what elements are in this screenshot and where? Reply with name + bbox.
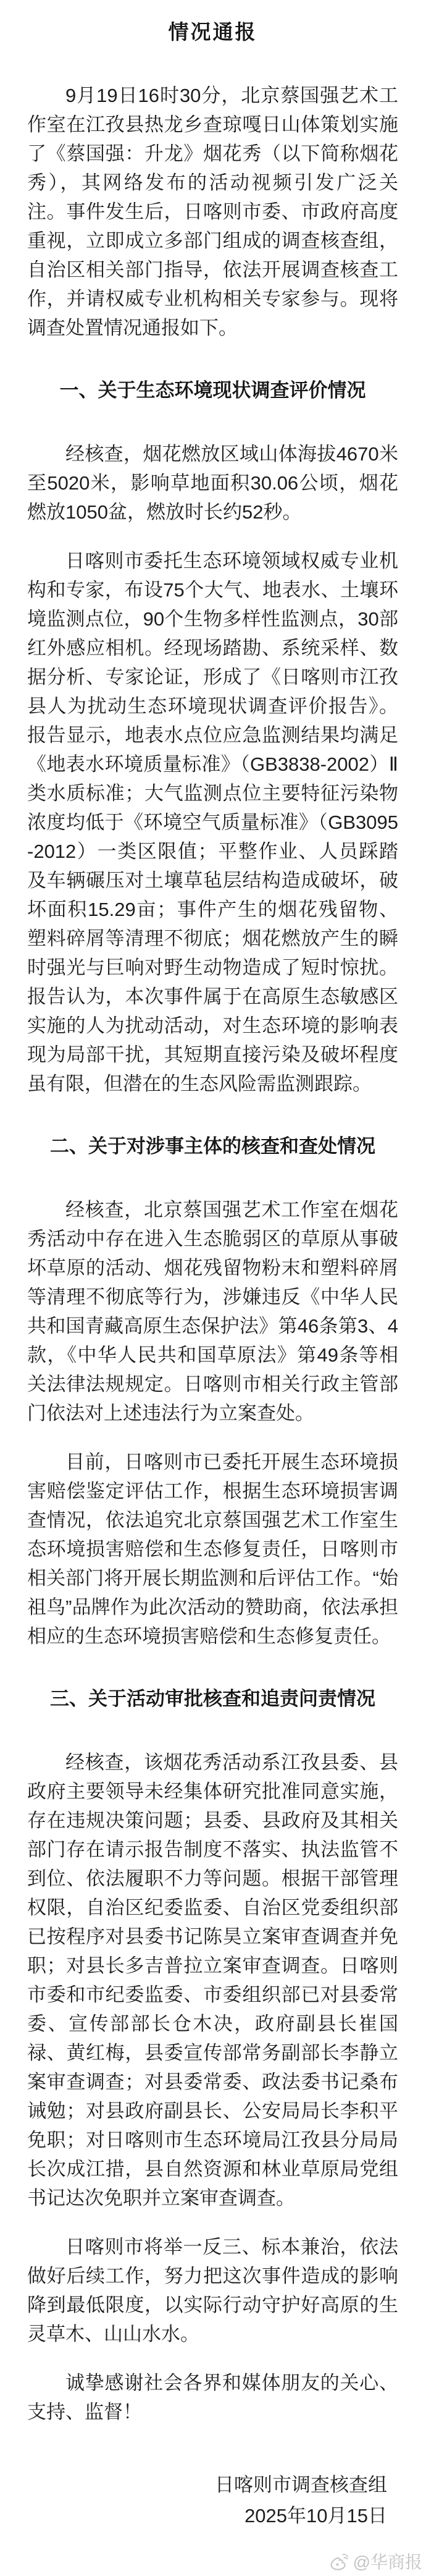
section-3-heading: 三、关于活动审批核查和追责问责情况	[27, 1684, 398, 1713]
section-1-heading: 一、关于生态环境现状调查评价情况	[27, 376, 398, 405]
page-title: 情况通报	[27, 16, 398, 45]
notice-page: 情况通报 9月19日16时30分，北京蔡国强艺术工作室在江孜县热龙乡查琼嘎日山体…	[0, 0, 426, 2576]
section-2-paragraph-2: 目前，日喀则市已委托开展生态环境损害赔偿鉴定评估工作，根据生态环境损害调查情况，…	[27, 1447, 398, 1651]
watermark: @华商报	[330, 2554, 422, 2571]
section-2-paragraph-1: 经核查，北京蔡国强艺术工作室在烟花秀活动中存在进入生态脆弱区的草原从事破坏草原的…	[27, 1195, 398, 1428]
signature-date: 2025年10月15日	[27, 2501, 387, 2532]
notice-document: 情况通报 9月19日16时30分，北京蔡国强艺术工作室在江孜县热龙乡查琼嘎日山体…	[0, 0, 426, 2532]
weibo-eye-icon	[330, 2554, 349, 2571]
watermark-label: @华商报	[353, 2554, 422, 2571]
signature-org: 日喀则市调查核查组	[27, 2470, 387, 2501]
signature-block: 日喀则市调查核查组 2025年10月15日	[27, 2470, 398, 2532]
section-2-heading: 二、关于对涉事主体的核查和查处情况	[27, 1132, 398, 1161]
section-1-paragraph-2: 日喀则市委托生态环境领域权威专业机构和专家，布设75个大气、地表水、土壤环境监测…	[27, 546, 398, 1098]
section-3-paragraph-2: 日喀则市将举一反三、标本兼治，依法做好后续工作，努力把这次事件造成的影响降到最低…	[27, 2232, 398, 2349]
closing-paragraph: 诚挚感谢社会各界和媒体朋友的关心、支持、监督！	[27, 2368, 398, 2426]
section-1-paragraph-1: 经核查，烟花燃放区域山体海拔4670米至5020米，影响草地面积30.06公顷，…	[27, 439, 398, 527]
intro-paragraph: 9月19日16时30分，北京蔡国强艺术工作室在江孜县热龙乡查琼嘎日山体策划实施了…	[27, 81, 398, 342]
section-3-paragraph-1: 经核查，该烟花秀活动系江孜县委、县政府主要领导未经集体研究批准同意实施，存在违规…	[27, 1748, 398, 2213]
